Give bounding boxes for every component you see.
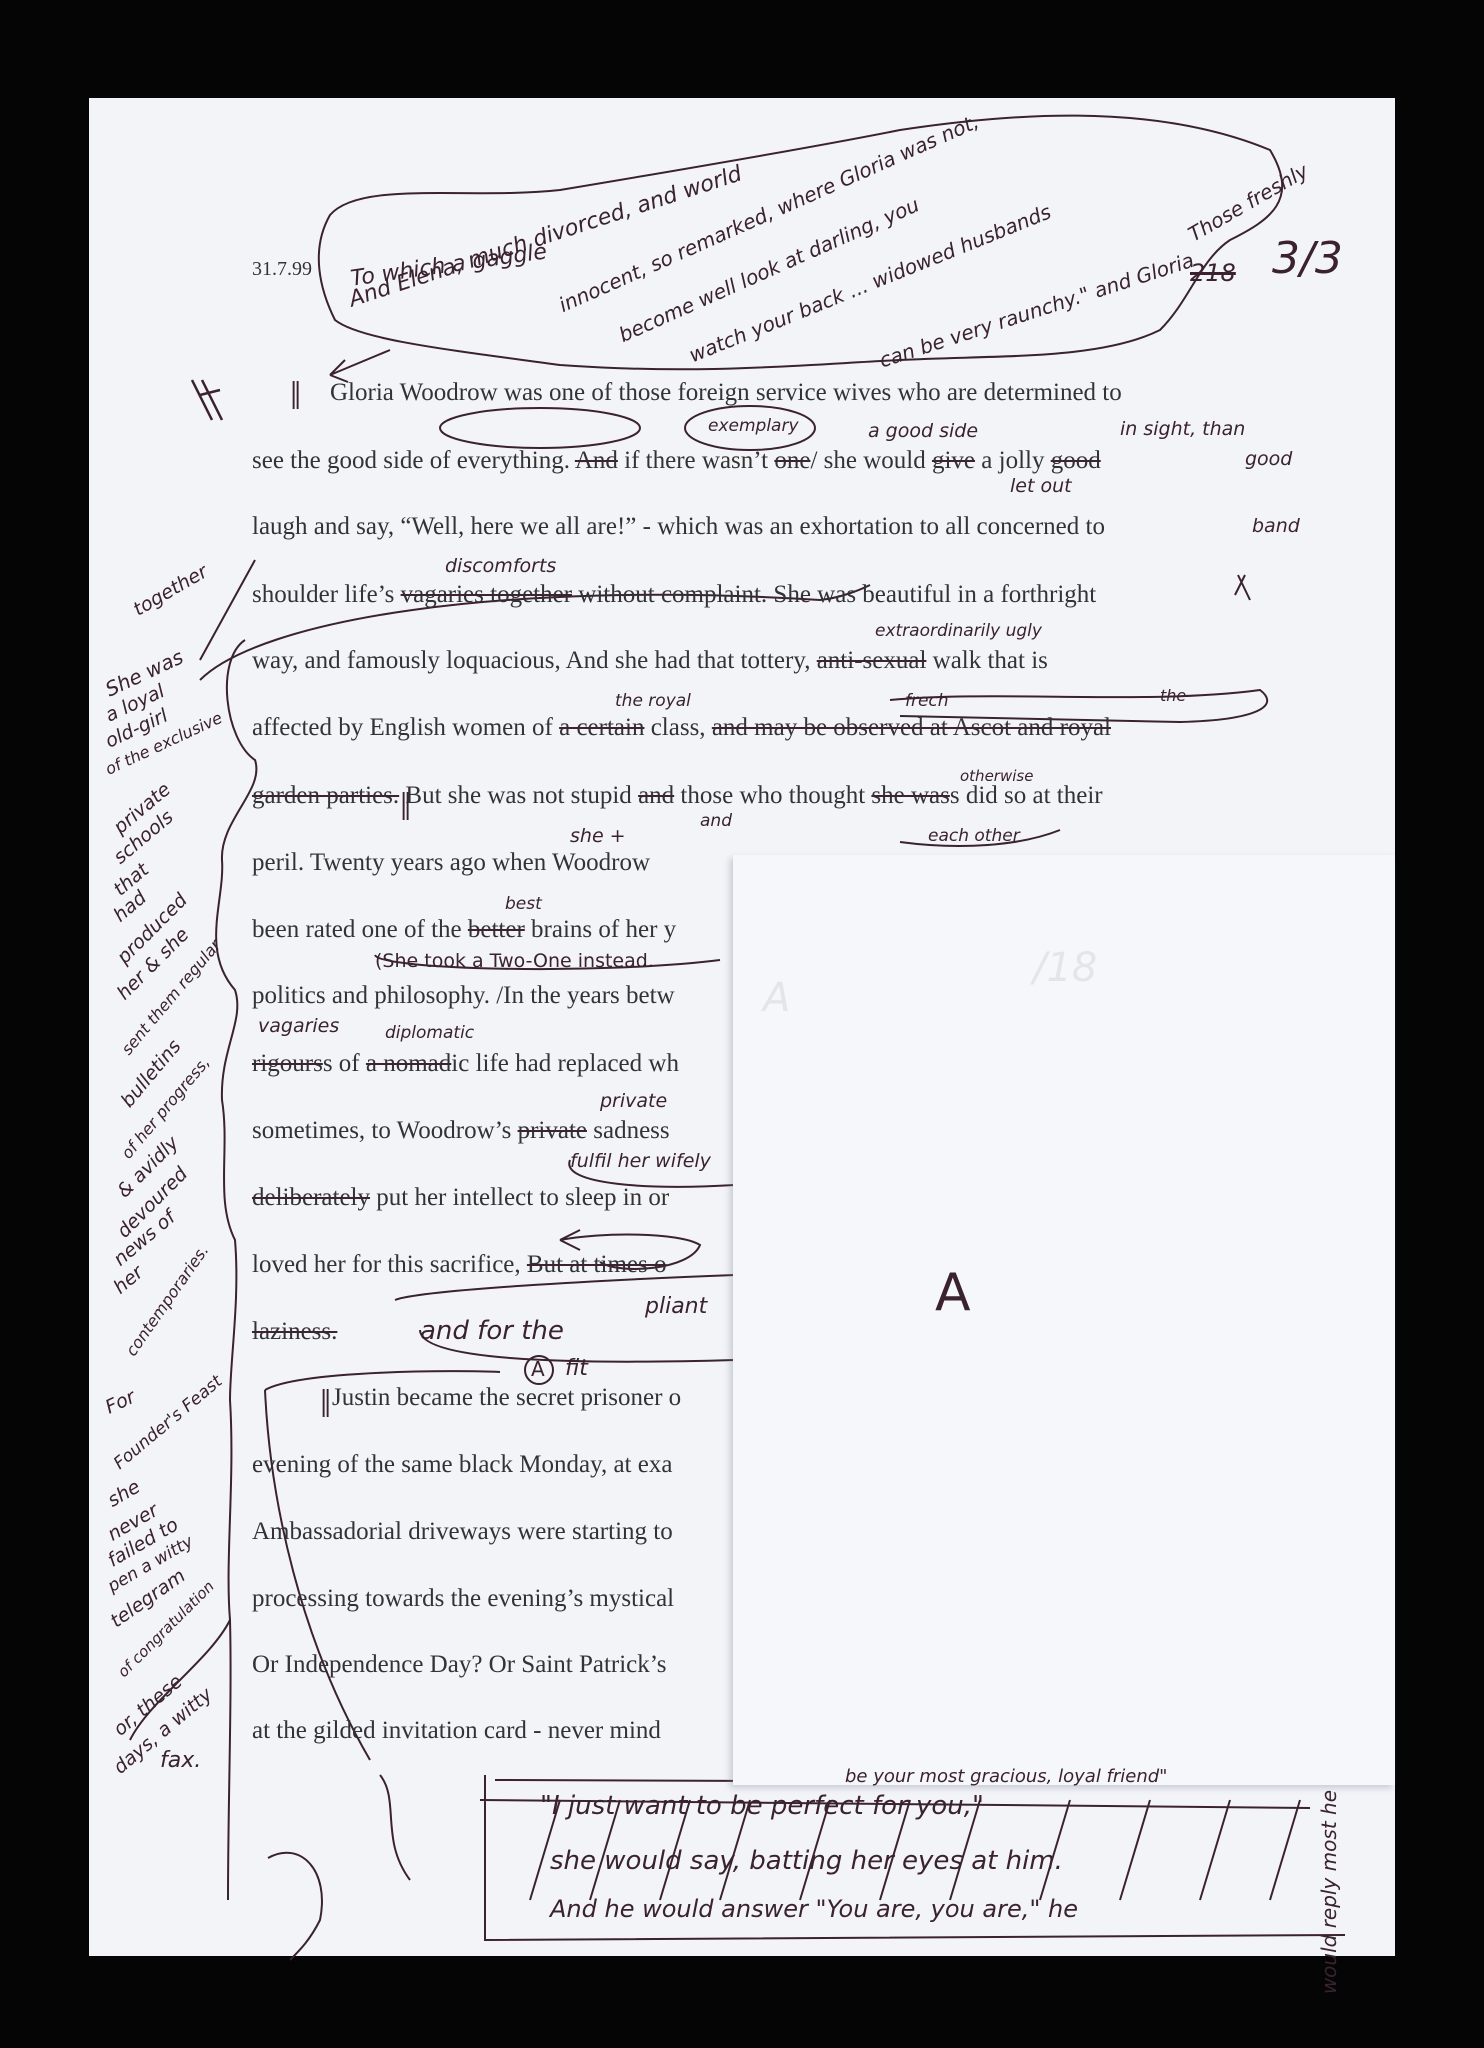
typed-line-17: evening of the same black Monday, at exa [252,1450,672,1480]
typed-line-10: politics and philosophy. /In the years b… [252,981,675,1011]
typed-line-9: been rated one of the better brains of h… [252,915,676,945]
bottom-insert-side: would reply most he [1318,1790,1340,1994]
note-best: best [505,893,542,915]
bottom-insert-line-3: And he would answer "You are, you are," … [550,1898,1078,1920]
note-in-sight: in sight, than [1120,418,1245,440]
note-the-royal: the royal [615,690,691,712]
typed-line-18: Ambassadorial driveways were starting to [252,1517,673,1547]
note-a-good-side: a good side [868,420,978,442]
note-vagaries: vagaries [258,1015,339,1037]
note-extraordinarily-ugly: extraordinarily ugly [875,620,1042,642]
typed-line-12: sometimes, to Woodrow’s private sadness [252,1116,670,1146]
note-fulfil: fulfil her wifely [570,1150,711,1172]
typed-line-20: Or Independence Day? Or Saint Patrick’s [252,1650,666,1680]
typed-line-15: laziness. [252,1317,337,1347]
bottom-insert-line-2: she would say, batting her eyes at him. [550,1850,1063,1872]
note-each-other: each other [928,825,1020,847]
note-discomforts: discomforts [445,555,556,577]
typed-line-13: deliberately put her intellect to sleep … [252,1183,669,1213]
left-margin-insert: She was a loyal old-girl of the exclusiv… [100,650,240,1772]
note-frech: frech [905,690,949,712]
typed-line-3: laugh and say, “Well, here we all are!” … [252,512,1105,542]
typed-line-11: rigourss of a nomadic life had replaced … [252,1049,679,1079]
note-circled-a: A [531,1358,545,1380]
note-the: the [1160,685,1186,707]
typed-line-14: loved her for this sacrifice, But at tim… [252,1250,666,1280]
paragraph-mark: ‖ [290,372,301,419]
bottom-insert-line-1: "I just want to be perfect for you," [540,1795,984,1817]
slip-circled-a: A [935,1265,971,1321]
paragraph-mark: ‖ [320,1380,331,1427]
typed-line-6: affected by English women of a certain c… [252,713,1111,743]
typed-line-19: processing towards the evening’s mystica… [252,1584,674,1614]
typed-line-21: at the gilded invitation card - never mi… [252,1716,661,1746]
note-band: band [1252,515,1300,537]
note-fit: fit [565,1358,588,1380]
typed-line-16: Justin became the secret prisoner o [332,1383,681,1413]
note-exemplary: exemplary [708,415,799,437]
note-pliant: pliant [645,1296,707,1318]
note-and-for-the: and for the [420,1320,564,1342]
typed-line-5: way, and famously loquacious, And she ha… [252,646,1048,676]
typed-line-8: peril. Twenty years ago when Woodrow [252,848,650,878]
note-private: private [600,1090,667,1112]
note-she-and: she + [570,825,626,847]
typed-line-4: shoulder life’s vagaries together withou… [252,580,1096,610]
slip-bleedthrough: A [763,975,790,1021]
typed-line-2: see the good side of everything. And if … [252,446,1101,476]
typed-line-1: Gloria Woodrow was one of those foreign … [330,378,1122,408]
overlaid-slip: A /18 [733,855,1395,1785]
bottom-insert-line-0: be your most gracious, loyal friend" [845,1766,1167,1788]
note-and: and [700,810,732,832]
note-two-one: (She took a Two-One instead. [375,950,654,972]
slip-bleedthrough: /18 [1033,945,1097,991]
note-otherwise: otherwise [960,765,1033,787]
note-good: good [1245,448,1292,470]
note-let-out: let out [1010,475,1072,497]
note-diplomatic: diplomatic [385,1022,474,1044]
